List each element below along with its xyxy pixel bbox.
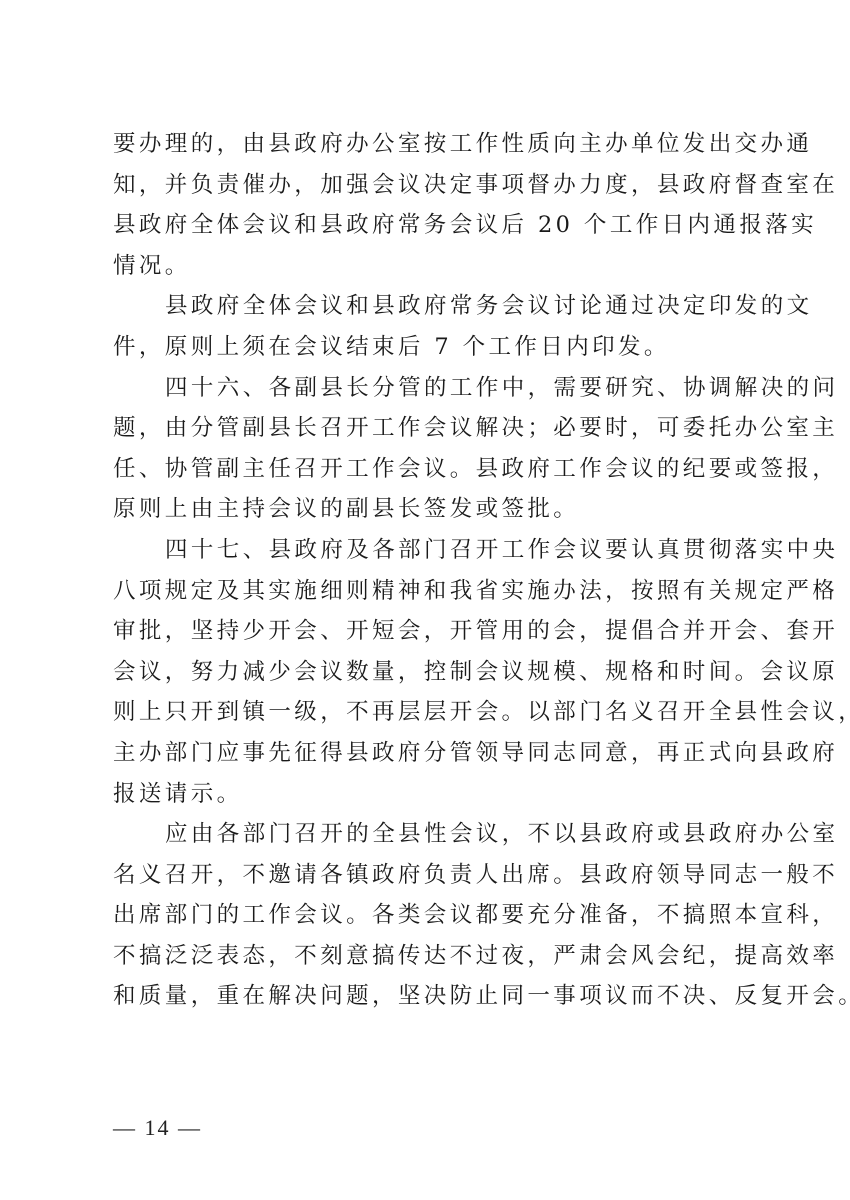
paragraph-start-line: 应由各部门召开的全县性会议，不以县政府或县政府办公室: [113, 814, 745, 855]
text-line: 八项规定及其实施细则精神和我省实施办法，按照有关规定严格: [113, 571, 745, 612]
text-line: 件，原则上须在会议结束后 7 个工作日内印发。: [113, 327, 745, 368]
paragraph-start-line: 四十六、各副县长分管的工作中，需要研究、协调解决的问: [113, 368, 745, 409]
text-line: 知，并负责催办，加强会议决定事项督办力度，县政府督查室在: [113, 165, 745, 206]
text-line: 会议，努力减少会议数量，控制会议规模、规格和时间。会议原: [113, 652, 745, 693]
text-line: 审批，坚持少开会、开短会，开管用的会，提倡合并开会、套开: [113, 611, 745, 652]
text-line: 报送请示。: [113, 774, 745, 815]
text-line: 县政府全体会议和县政府常务会议后 20 个工作日内通报落实: [113, 205, 745, 246]
document-page: 要办理的，由县政府办公室按工作性质向主办单位发出交办通 知，并负责催办，加强会议…: [0, 0, 850, 1200]
paragraph-start-line: 县政府全体会议和县政府常务会议讨论通过决定印发的文: [113, 286, 745, 327]
text-line: 名义召开，不邀请各镇政府负责人出席。县政府领导同志一般不: [113, 855, 745, 896]
text-line: 不搞泛泛表态，不刻意搞传达不过夜，严肃会风会纪，提高效率: [113, 936, 745, 977]
text-line: 则上只开到镇一级，不再层层开会。以部门名义召开全县性会议，: [113, 692, 745, 733]
text-line: 要办理的，由县政府办公室按工作性质向主办单位发出交办通: [113, 124, 745, 165]
document-body: 要办理的，由县政府办公室按工作性质向主办单位发出交办通 知，并负责催办，加强会议…: [113, 124, 745, 1017]
text-line: 题，由分管副县长召开工作会议解决；必要时，可委托办公室主: [113, 408, 745, 449]
text-line: 原则上由主持会议的副县长签发或签批。: [113, 489, 745, 530]
text-line: 任、协管副主任召开工作会议。县政府工作会议的纪要或签报，: [113, 449, 745, 490]
text-line: 出席部门的工作会议。各类会议都要充分准备，不搞照本宣科，: [113, 895, 745, 936]
paragraph-start-line: 四十七、县政府及各部门召开工作会议要认真贯彻落实中央: [113, 530, 745, 571]
page-number: — 14 —: [113, 1115, 202, 1141]
text-line: 主办部门应事先征得县政府分管领导同志同意，再正式向县政府: [113, 733, 745, 774]
text-line: 和质量，重在解决问题，坚决防止同一事项议而不决、反复开会。: [113, 976, 745, 1017]
text-line: 情况。: [113, 246, 745, 287]
